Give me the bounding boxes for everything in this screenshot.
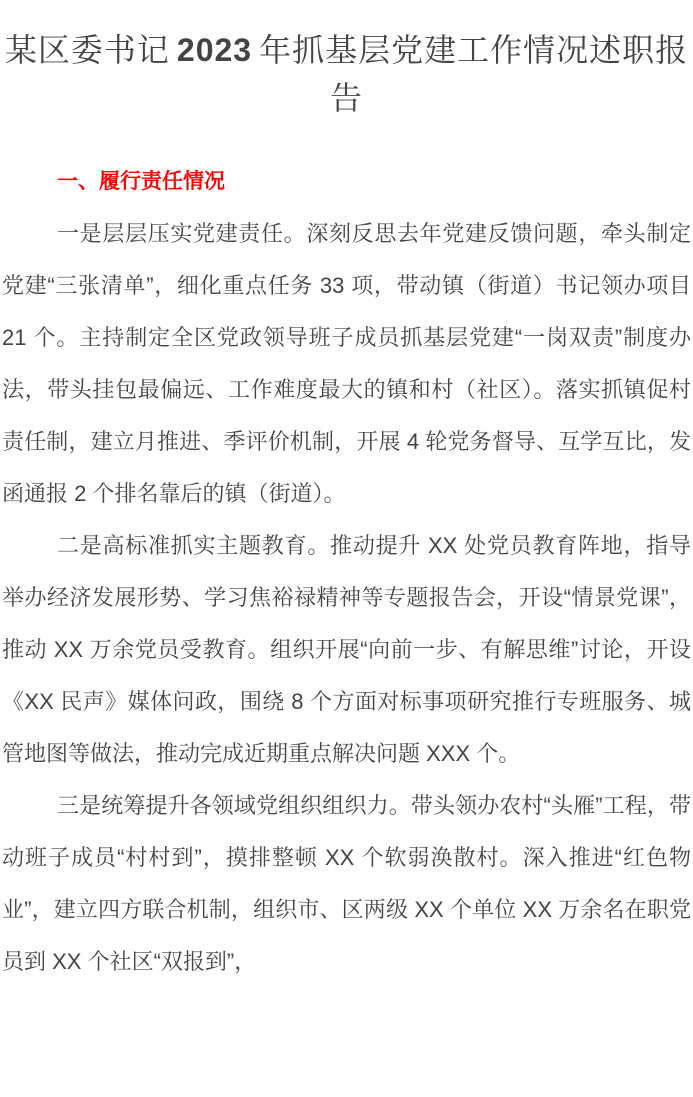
document-title: 某区委书记2023年抓基层党建工作情况述职报告 [2, 26, 691, 122]
paragraph-3: 三是统筹提升各领域党组织组织力。带头领办农村“头雁”工程，带动班子成员“村村到”… [2, 780, 691, 988]
title-prefix: 某区委书记 [5, 32, 170, 68]
title-suffix: 年抓基层党建工作情况述职报告 [259, 32, 688, 116]
document-page: 某区委书记2023年抓基层党建工作情况述职报告 一、履行责任情况 一是层层压实党… [0, 0, 693, 988]
paragraph-2: 二是高标准抓实主题教育。推动提升 XX 处党员教育阵地，指导举办经济发展形势、学… [2, 520, 691, 780]
section-heading-1: 一、履行责任情况 [2, 156, 691, 208]
paragraph-1: 一是层层压实党建责任。深刻反思去年党建反馈问题，牵头制定党建“三张清单”，细化重… [2, 208, 691, 520]
title-year: 2023 [177, 32, 252, 68]
